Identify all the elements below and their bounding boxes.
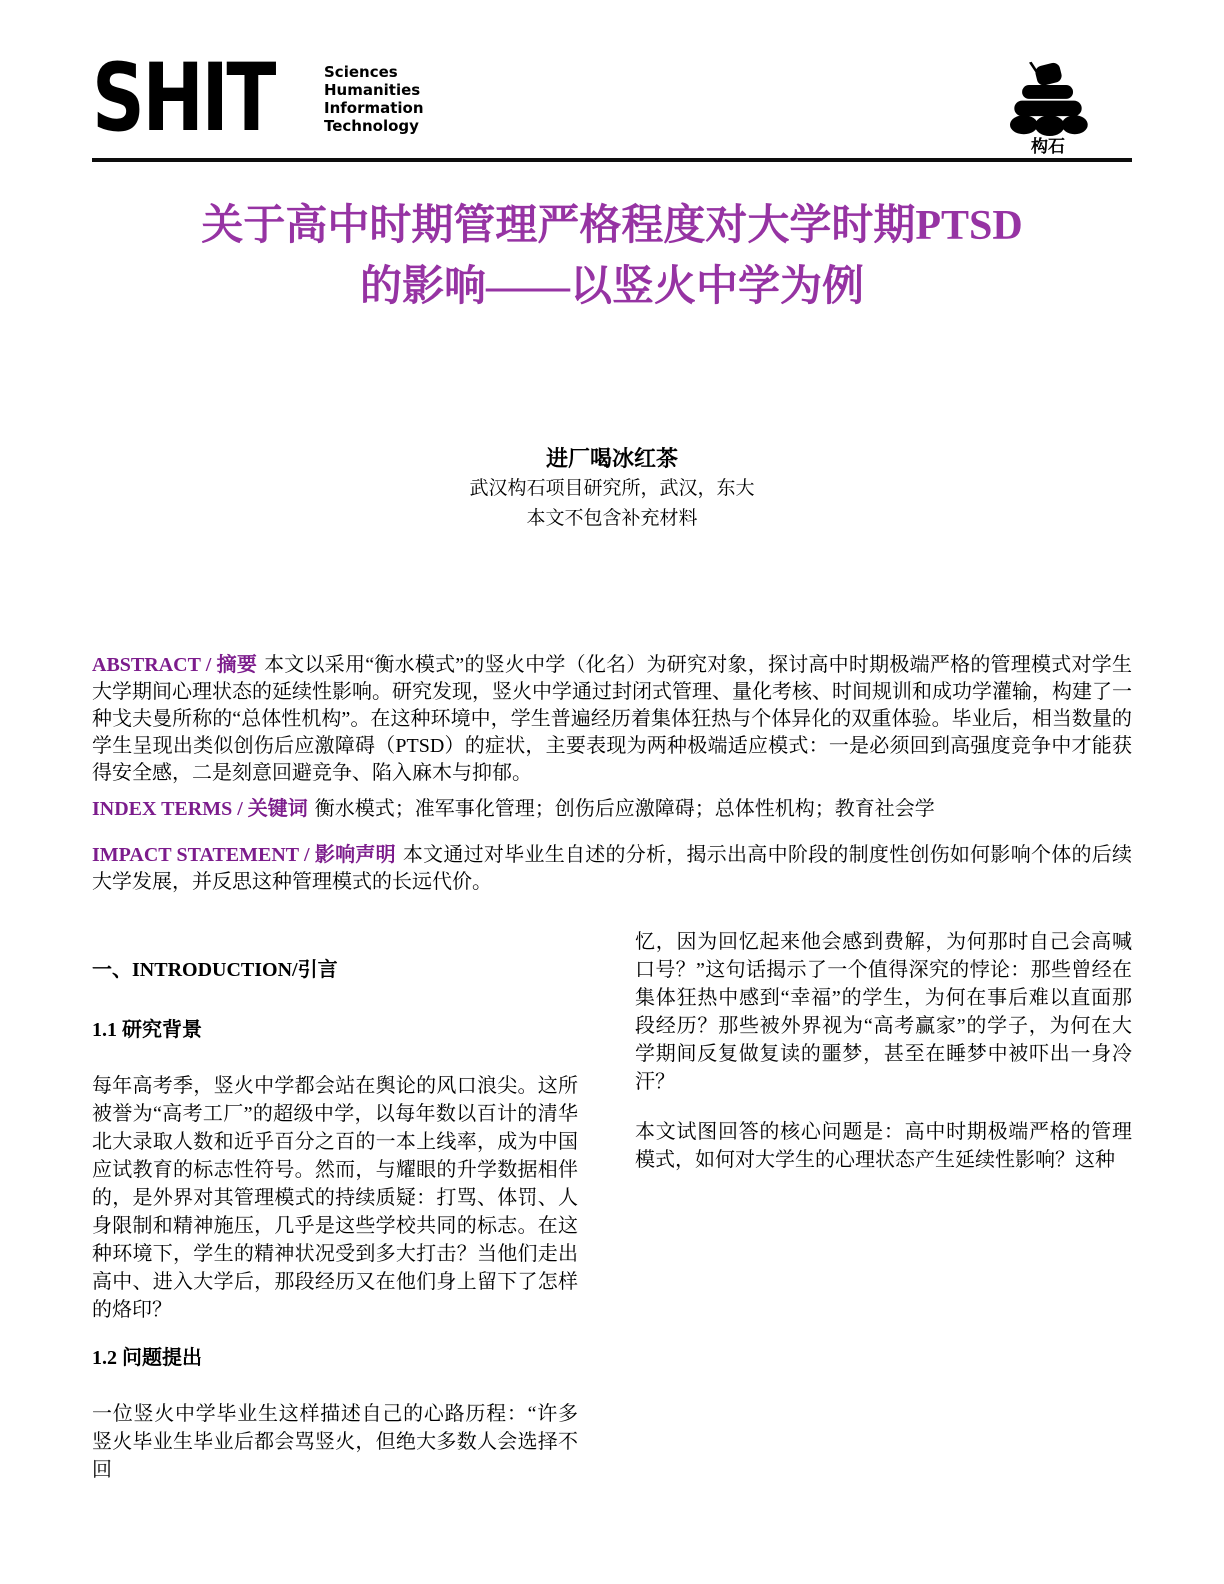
abstract-label: ABSTRACT / 摘要 [92, 654, 257, 676]
logo-word-technology: Technology [324, 117, 424, 135]
core-question-paragraph: 本文试图回答的核心问题是：高中时期极端严格的管理模式，如何对大学生的心理状态产生… [635, 1118, 1132, 1174]
subsection-heading-1-1: 1.1 研究背景 [92, 1018, 578, 1042]
journal-header: SHIT Sciences Humanities Information Tec… [92, 0, 1132, 158]
continuation-paragraph: 忆，因为回忆起来他会感到费解，为何那时自己会高喊口号？”这句话揭示了一个值得深究… [635, 928, 1132, 1096]
stone-cairn-icon [1004, 60, 1092, 136]
impact-statement-label: IMPACT STATEMENT / 影响声明 [92, 844, 396, 866]
abstract-paragraph: ABSTRACT / 摘要本文以采用“衡水模式”的竖火中学（化名）为研究对象，探… [92, 652, 1132, 787]
logo-word-sciences: Sciences [324, 63, 424, 81]
org-logo: 构石 [1000, 60, 1096, 157]
question-paragraph: 一位竖火中学毕业生这样描述自己的心路历程：“许多竖火毕业生毕业后都会骂竖火，但绝… [92, 1400, 578, 1484]
paper-page: SHIT Sciences Humanities Information Tec… [0, 0, 1224, 1584]
background-paragraph: 每年高考季，竖火中学都会站在舆论的风口浪尖。这所被誉为“高考工厂”的超级中学，以… [92, 1072, 578, 1324]
index-terms-text: 衡水模式；准军事化管理；创伤后应激障碍；总体性机构；教育社会学 [315, 798, 935, 820]
supplementary-note: 本文不包含补充材料 [92, 504, 1132, 534]
journal-logo-words: Sciences Humanities Information Technolo… [324, 60, 424, 135]
logo-word-information: Information [324, 99, 424, 117]
author-block: 进厂喝冰红茶 武汉构石项目研究所，武汉，东大 本文不包含补充材料 [92, 444, 1132, 534]
journal-logo: SHIT Sciences Humanities Information Tec… [92, 60, 424, 138]
author-affiliation: 武汉构石项目研究所，武汉，东大 [92, 474, 1132, 504]
paper-title-line1: 关于高中时期管理严格程度对大学时期PTSD [92, 196, 1132, 257]
org-logo-label: 构石 [1000, 137, 1096, 157]
two-column-body: 一、INTRODUCTION/引言 1.1 研究背景 每年高考季，竖火中学都会站… [92, 928, 1132, 1484]
header-divider [92, 158, 1132, 162]
index-terms-paragraph: INDEX TERMS / 关键词衡水模式；准军事化管理；创伤后应激障碍；总体性… [92, 796, 1132, 823]
paper-title: 关于高中时期管理严格程度对大学时期PTSD 的影响——以竖火中学为例 [92, 196, 1132, 318]
journal-logo-acronym: SHIT [92, 60, 253, 138]
subsection-heading-1-2: 1.2 问题提出 [92, 1346, 578, 1370]
left-column: 一、INTRODUCTION/引言 1.1 研究背景 每年高考季，竖火中学都会站… [92, 928, 578, 1484]
paper-title-line2: 的影响——以竖火中学为例 [92, 257, 1132, 318]
index-terms-label: INDEX TERMS / 关键词 [92, 798, 308, 820]
right-column: 忆，因为回忆起来他会感到费解，为何那时自己会高喊口号？”这句话揭示了一个值得深究… [635, 928, 1132, 1174]
logo-word-humanities: Humanities [324, 81, 424, 99]
impact-statement-paragraph: IMPACT STATEMENT / 影响声明本文通过对毕业生自述的分析，揭示出… [92, 842, 1132, 896]
author-name: 进厂喝冰红茶 [92, 444, 1132, 474]
section-heading-introduction: 一、INTRODUCTION/引言 [92, 958, 578, 982]
